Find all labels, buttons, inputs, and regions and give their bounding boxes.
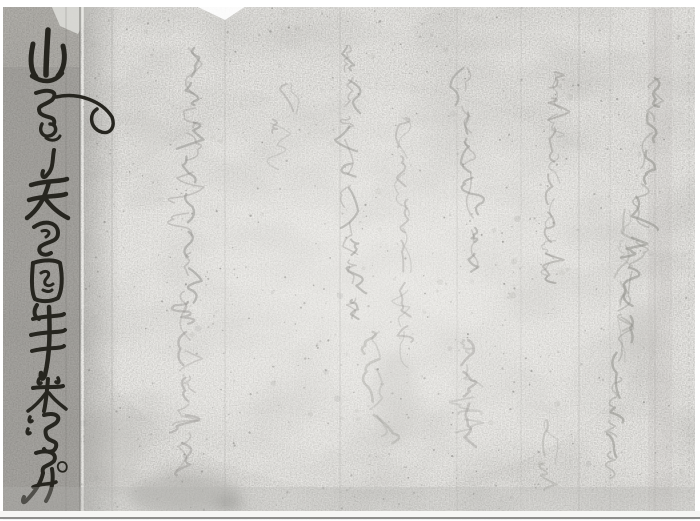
speckle-dot bbox=[530, 115, 531, 116]
speckle-dot bbox=[185, 190, 187, 192]
speckle-dot bbox=[495, 485, 497, 487]
speckle-dot bbox=[540, 264, 541, 265]
speckle-dot bbox=[538, 223, 539, 224]
speckle-dot bbox=[375, 456, 377, 458]
speckle-dot bbox=[271, 7, 273, 9]
speckle-dot bbox=[556, 163, 558, 165]
speckle-dot bbox=[226, 422, 227, 423]
speckle-dot bbox=[496, 16, 498, 18]
speckle-dot bbox=[392, 49, 394, 51]
speckle-dot bbox=[456, 64, 457, 65]
speckle-dot bbox=[543, 130, 545, 132]
speckle-dot bbox=[355, 80, 357, 82]
speckle-dot bbox=[340, 364, 342, 366]
speckle-dot bbox=[372, 275, 374, 277]
speckle-dot bbox=[513, 381, 515, 383]
speckle-dot bbox=[368, 455, 370, 457]
speckle-blob bbox=[469, 279, 474, 284]
speckle-dot bbox=[593, 193, 595, 195]
speckle-dot bbox=[409, 72, 411, 74]
speckle-dot bbox=[639, 474, 641, 476]
speckle-dot bbox=[432, 420, 433, 421]
speckle-dot bbox=[606, 148, 608, 150]
speckle-dot bbox=[578, 250, 579, 251]
speckle-dot bbox=[437, 393, 439, 395]
speckle-dot bbox=[367, 305, 369, 307]
speckle-dot bbox=[670, 467, 672, 469]
speckle-dot bbox=[616, 98, 618, 100]
speckle-dot bbox=[332, 87, 333, 88]
speckle-dot bbox=[572, 85, 574, 87]
speckle-dot bbox=[157, 182, 158, 183]
speckle-dot bbox=[521, 79, 523, 81]
speckle-dot bbox=[316, 343, 318, 345]
speckle-dot bbox=[525, 357, 527, 359]
speckle-blob bbox=[340, 417, 344, 421]
speckle-dot bbox=[408, 451, 409, 452]
speckle-dot bbox=[322, 317, 323, 318]
speckle-dot bbox=[164, 329, 165, 330]
speckle-dot bbox=[369, 464, 370, 465]
speckle-dot bbox=[600, 100, 602, 102]
speckle-blob bbox=[558, 269, 565, 276]
speckle-dot bbox=[375, 197, 376, 198]
speckle-dot bbox=[296, 330, 298, 332]
speckle-dot bbox=[295, 323, 297, 325]
speckle-dot bbox=[466, 224, 467, 225]
speckle-dot bbox=[453, 176, 455, 178]
calligraphy-stroke bbox=[56, 378, 59, 383]
speckle-dot bbox=[205, 276, 206, 277]
speckle-dot bbox=[334, 334, 336, 336]
speckle-dot bbox=[471, 44, 472, 45]
speckle-blob bbox=[162, 10, 165, 13]
speckle-dot bbox=[258, 34, 260, 36]
speckle-dot bbox=[325, 302, 326, 303]
speckle-dot bbox=[502, 241, 504, 243]
speckle-dot bbox=[555, 94, 557, 96]
speckle-dot bbox=[415, 466, 416, 467]
speckle-dot bbox=[397, 243, 399, 245]
speckle-dot bbox=[212, 323, 214, 325]
speckle-dot bbox=[499, 139, 501, 141]
speckle-dot bbox=[566, 158, 568, 160]
speckle-dot bbox=[417, 31, 418, 32]
speckle-dot bbox=[524, 154, 525, 155]
speckle-dot bbox=[659, 240, 660, 241]
speckle-dot bbox=[313, 106, 314, 107]
speckle-dot bbox=[581, 313, 582, 314]
speckle-dot bbox=[284, 321, 285, 322]
speckle-dot bbox=[147, 72, 149, 74]
speckle-dot bbox=[471, 312, 473, 314]
speckle-dot bbox=[295, 294, 297, 296]
speckle-dot bbox=[511, 226, 513, 228]
speckle-dot bbox=[416, 342, 417, 343]
speckle-dot bbox=[494, 346, 495, 347]
speckle-dot bbox=[432, 427, 433, 428]
speckle-dot bbox=[617, 418, 618, 419]
speckle-dot bbox=[509, 408, 511, 410]
speckle-dot bbox=[297, 219, 299, 221]
speckle-dot bbox=[426, 71, 428, 73]
speckle-dot bbox=[281, 407, 282, 408]
manuscript-image: 山嶽天蚕峯米注進状（草書・左端の濃い題簽列のみ判読可、本文は退色して判読困難） bbox=[0, 0, 700, 521]
speckle-dot bbox=[589, 84, 591, 86]
speckle-dot bbox=[482, 136, 484, 138]
speckle-dot bbox=[376, 22, 377, 23]
speckle-dot bbox=[666, 447, 667, 448]
speckle-dot bbox=[362, 228, 363, 229]
speckle-dot bbox=[512, 141, 513, 142]
speckle-dot bbox=[138, 111, 139, 112]
speckle-dot bbox=[531, 278, 533, 280]
speckle-blob bbox=[393, 278, 396, 281]
speckle-dot bbox=[600, 341, 601, 342]
speckle-dot bbox=[170, 144, 172, 146]
speckle-dot bbox=[489, 353, 490, 354]
speckle-blob bbox=[216, 225, 219, 228]
speckle-dot bbox=[449, 214, 451, 216]
speckle-blob bbox=[648, 251, 653, 256]
speckle-dot bbox=[534, 208, 535, 209]
speckle-dot bbox=[133, 163, 135, 165]
speckle-dot bbox=[603, 329, 605, 331]
speckle-blob bbox=[679, 469, 684, 474]
speckle-dot bbox=[436, 115, 437, 116]
speckle-dot bbox=[378, 21, 380, 23]
speckle-dot bbox=[585, 330, 586, 331]
speckle-dot bbox=[519, 267, 521, 269]
speckle-dot bbox=[365, 215, 367, 217]
speckle-dot bbox=[486, 275, 487, 276]
speckle-blob bbox=[150, 53, 153, 56]
speckle-dot bbox=[549, 355, 550, 356]
speckle-dot bbox=[532, 245, 533, 246]
speckle-dot bbox=[230, 372, 231, 373]
speckle-dot bbox=[558, 431, 559, 432]
speckle-dot bbox=[549, 370, 551, 372]
speckle-dot bbox=[512, 391, 514, 393]
speckle-dot bbox=[424, 438, 425, 439]
speckle-dot bbox=[222, 137, 223, 138]
speckle-dot bbox=[655, 452, 657, 454]
speckle-dot bbox=[500, 230, 501, 231]
speckle-dot bbox=[681, 206, 683, 208]
speckle-blob bbox=[355, 408, 359, 412]
speckle-dot bbox=[459, 292, 460, 293]
top-margin bbox=[0, 0, 700, 7]
speckle-dot bbox=[498, 450, 499, 451]
speckle-blob bbox=[271, 381, 276, 386]
calligraphy-stroke bbox=[46, 30, 48, 75]
speckle-dot bbox=[218, 129, 219, 130]
speckle-dot bbox=[342, 290, 343, 291]
speckle-dot bbox=[121, 268, 122, 269]
speckle-dot bbox=[286, 160, 288, 162]
speckle-dot bbox=[374, 10, 376, 12]
speckle-dot bbox=[421, 484, 422, 485]
speckle-blob bbox=[474, 14, 480, 20]
speckle-dot bbox=[181, 192, 183, 194]
speckle-dot bbox=[600, 327, 602, 329]
speckle-dot bbox=[364, 204, 366, 206]
speckle-dot bbox=[534, 484, 536, 486]
speckle-dot bbox=[158, 184, 159, 185]
speckle-dot bbox=[164, 275, 165, 276]
speckle-dot bbox=[506, 186, 508, 188]
speckle-dot bbox=[287, 128, 289, 130]
speckle-dot bbox=[158, 255, 159, 256]
speckle-blob bbox=[362, 267, 366, 271]
speckle-dot bbox=[430, 425, 432, 427]
speckle-dot bbox=[222, 330, 223, 331]
speckle-dot bbox=[319, 340, 321, 342]
speckle-dot bbox=[548, 313, 549, 314]
speckle-dot bbox=[176, 188, 178, 190]
speckle-dot bbox=[450, 301, 451, 302]
speckle-dot bbox=[486, 341, 487, 342]
speckle-dot bbox=[180, 31, 182, 33]
speckle-dot bbox=[518, 481, 519, 482]
speckle-dot bbox=[350, 474, 352, 476]
speckle-dot bbox=[594, 466, 595, 467]
speckle-dot bbox=[456, 470, 457, 471]
speckle-dot bbox=[659, 191, 661, 193]
speckle-dot bbox=[159, 73, 161, 75]
speckle-dot bbox=[539, 345, 540, 346]
speckle-dot bbox=[298, 365, 299, 366]
speckle-dot bbox=[234, 51, 236, 53]
speckle-blob bbox=[123, 45, 126, 48]
speckle-dot bbox=[232, 304, 233, 305]
speckle-dot bbox=[278, 405, 279, 406]
speckle-dot bbox=[683, 430, 684, 431]
speckle-dot bbox=[640, 250, 642, 252]
calligraphy-stroke bbox=[33, 386, 63, 388]
speckle-dot bbox=[388, 453, 389, 454]
speckle-dot bbox=[384, 216, 385, 217]
speckle-blob bbox=[239, 103, 243, 107]
speckle-dot bbox=[308, 358, 310, 360]
speckle-dot bbox=[503, 353, 505, 355]
speckle-dot bbox=[203, 453, 205, 455]
speckle-blob bbox=[282, 10, 288, 16]
speckle-dot bbox=[226, 228, 228, 230]
speckle-dot bbox=[441, 311, 442, 312]
speckle-dot bbox=[273, 290, 275, 292]
speckle-blob bbox=[573, 347, 576, 350]
speckle-dot bbox=[152, 382, 154, 384]
speckle-blob bbox=[337, 293, 343, 299]
speckle-dot bbox=[469, 322, 470, 323]
speckle-dot bbox=[121, 8, 122, 9]
speckle-dot bbox=[219, 268, 221, 270]
speckle-dot bbox=[469, 220, 471, 222]
speckle-dot bbox=[495, 264, 497, 266]
speckle-dot bbox=[327, 16, 329, 18]
speckle-blob bbox=[323, 369, 329, 375]
speckle-dot bbox=[504, 319, 506, 321]
speckle-dot bbox=[205, 284, 207, 286]
speckle-dot bbox=[237, 277, 238, 278]
speckle-dot bbox=[410, 73, 412, 75]
speckle-dot bbox=[134, 325, 135, 326]
scanned-document: 山嶽天蚕峯米注進状（草書・左端の濃い題簽列のみ判読可、本文は退色して判読困難） bbox=[0, 0, 700, 521]
speckle-dot bbox=[598, 49, 599, 50]
speckle-dot bbox=[171, 86, 172, 87]
speckle-dot bbox=[452, 412, 454, 414]
speckle-dot bbox=[304, 357, 306, 359]
speckle-dot bbox=[685, 297, 687, 299]
bottom-shadow-band bbox=[0, 487, 700, 511]
speckle-dot bbox=[399, 337, 401, 339]
speckle-dot bbox=[341, 18, 343, 20]
speckle-dot bbox=[635, 130, 636, 131]
speckle-dot bbox=[245, 266, 247, 268]
speckle-dot bbox=[556, 273, 558, 275]
speckle-blob bbox=[211, 135, 216, 140]
speckle-dot bbox=[288, 421, 290, 423]
speckle-blob bbox=[187, 81, 190, 84]
speckle-dot bbox=[169, 346, 171, 348]
speckle-dot bbox=[605, 481, 606, 482]
calligraphy-stroke bbox=[29, 417, 32, 422]
speckle-dot bbox=[618, 114, 620, 116]
speckle-dot bbox=[423, 275, 424, 276]
speckle-dot bbox=[256, 392, 258, 394]
speckle-dot bbox=[501, 367, 503, 369]
speckle-blob bbox=[430, 33, 434, 37]
speckle-dot bbox=[262, 290, 263, 291]
speckle-dot bbox=[327, 339, 329, 341]
speckle-dot bbox=[433, 449, 435, 451]
speckle-dot bbox=[395, 125, 397, 127]
speckle-dot bbox=[372, 265, 373, 266]
speckle-blob bbox=[447, 346, 452, 351]
speckle-dot bbox=[456, 478, 457, 479]
speckle-dot bbox=[155, 80, 157, 82]
speckle-dot bbox=[376, 83, 377, 84]
speckle-dot bbox=[246, 465, 247, 466]
speckle-dot bbox=[394, 43, 395, 44]
speckle-dot bbox=[257, 187, 259, 189]
speckle-dot bbox=[313, 284, 315, 286]
speckle-dot bbox=[262, 45, 264, 47]
speckle-dot bbox=[324, 223, 326, 225]
speckle-dot bbox=[463, 13, 464, 14]
speckle-dot bbox=[609, 89, 611, 91]
speckle-dot bbox=[390, 321, 392, 323]
speckle-dot bbox=[580, 363, 582, 365]
speckle-blob bbox=[375, 188, 382, 195]
speckle-blob bbox=[278, 64, 281, 67]
speckle-dot bbox=[293, 75, 294, 76]
speckle-dot bbox=[207, 271, 208, 272]
speckle-dot bbox=[206, 438, 208, 440]
speckle-dot bbox=[527, 139, 528, 140]
speckle-dot bbox=[593, 263, 594, 264]
speckle-dot bbox=[650, 356, 652, 358]
speckle-dot bbox=[275, 275, 276, 276]
speckle-dot bbox=[168, 20, 170, 22]
speckle-dot bbox=[221, 106, 223, 108]
speckle-dot bbox=[460, 266, 461, 267]
speckle-dot bbox=[552, 369, 553, 370]
speckle-dot bbox=[484, 124, 485, 125]
speckle-dot bbox=[233, 442, 235, 444]
speckle-dot bbox=[167, 437, 169, 439]
speckle-dot bbox=[166, 11, 167, 12]
speckle-dot bbox=[596, 288, 598, 290]
speckle-dot bbox=[620, 148, 622, 150]
speckle-blob bbox=[233, 379, 235, 381]
speckle-dot bbox=[455, 339, 457, 341]
speckle-dot bbox=[640, 145, 641, 146]
speckle-dot bbox=[336, 94, 337, 95]
speckle-dot bbox=[366, 52, 368, 54]
speckle-dot bbox=[540, 356, 541, 357]
speckle-dot bbox=[652, 194, 653, 195]
speckle-dot bbox=[166, 310, 168, 312]
speckle-dot bbox=[569, 9, 571, 11]
speckle-dot bbox=[498, 199, 499, 200]
speckle-dot bbox=[223, 407, 224, 408]
speckle-dot bbox=[332, 129, 334, 131]
strip-shadow-band bbox=[84, 7, 120, 512]
speckle-dot bbox=[467, 337, 468, 338]
speckle-dot bbox=[577, 84, 579, 86]
speckle-blob bbox=[492, 228, 497, 233]
speckle-dot bbox=[637, 179, 638, 180]
stain-blotch bbox=[622, 302, 658, 358]
speckle-blob bbox=[328, 54, 331, 57]
speckle-dot bbox=[363, 211, 365, 213]
speckle-dot bbox=[367, 142, 368, 143]
speckle-blob bbox=[557, 85, 561, 89]
speckle-dot bbox=[435, 366, 436, 367]
speckle-dot bbox=[299, 129, 301, 131]
speckle-dot bbox=[476, 471, 478, 473]
speckle-dot bbox=[588, 115, 589, 116]
speckle-dot bbox=[315, 243, 317, 245]
speckle-dot bbox=[183, 374, 185, 376]
speckle-dot bbox=[258, 221, 260, 223]
speckle-blob bbox=[370, 54, 375, 59]
speckle-dot bbox=[407, 354, 408, 355]
speckle-dot bbox=[436, 45, 437, 46]
speckle-blob bbox=[511, 258, 517, 264]
speckle-dot bbox=[248, 44, 249, 45]
speckle-dot bbox=[223, 353, 225, 355]
speckle-dot bbox=[481, 234, 483, 236]
speckle-dot bbox=[147, 22, 149, 24]
speckle-dot bbox=[575, 27, 576, 28]
speckle-dot bbox=[584, 481, 585, 482]
speckle-blob bbox=[158, 196, 164, 202]
speckle-dot bbox=[546, 468, 548, 470]
speckle-dot bbox=[316, 345, 318, 347]
speckle-dot bbox=[400, 43, 402, 45]
bottom-edge-line bbox=[0, 517, 700, 519]
speckle-dot bbox=[427, 316, 429, 318]
speckle-dot bbox=[314, 185, 315, 186]
speckle-dot bbox=[392, 108, 394, 110]
speckle-dot bbox=[246, 139, 247, 140]
speckle-dot bbox=[200, 97, 202, 99]
speckle-dot bbox=[603, 117, 605, 119]
speckle-dot bbox=[575, 385, 576, 386]
